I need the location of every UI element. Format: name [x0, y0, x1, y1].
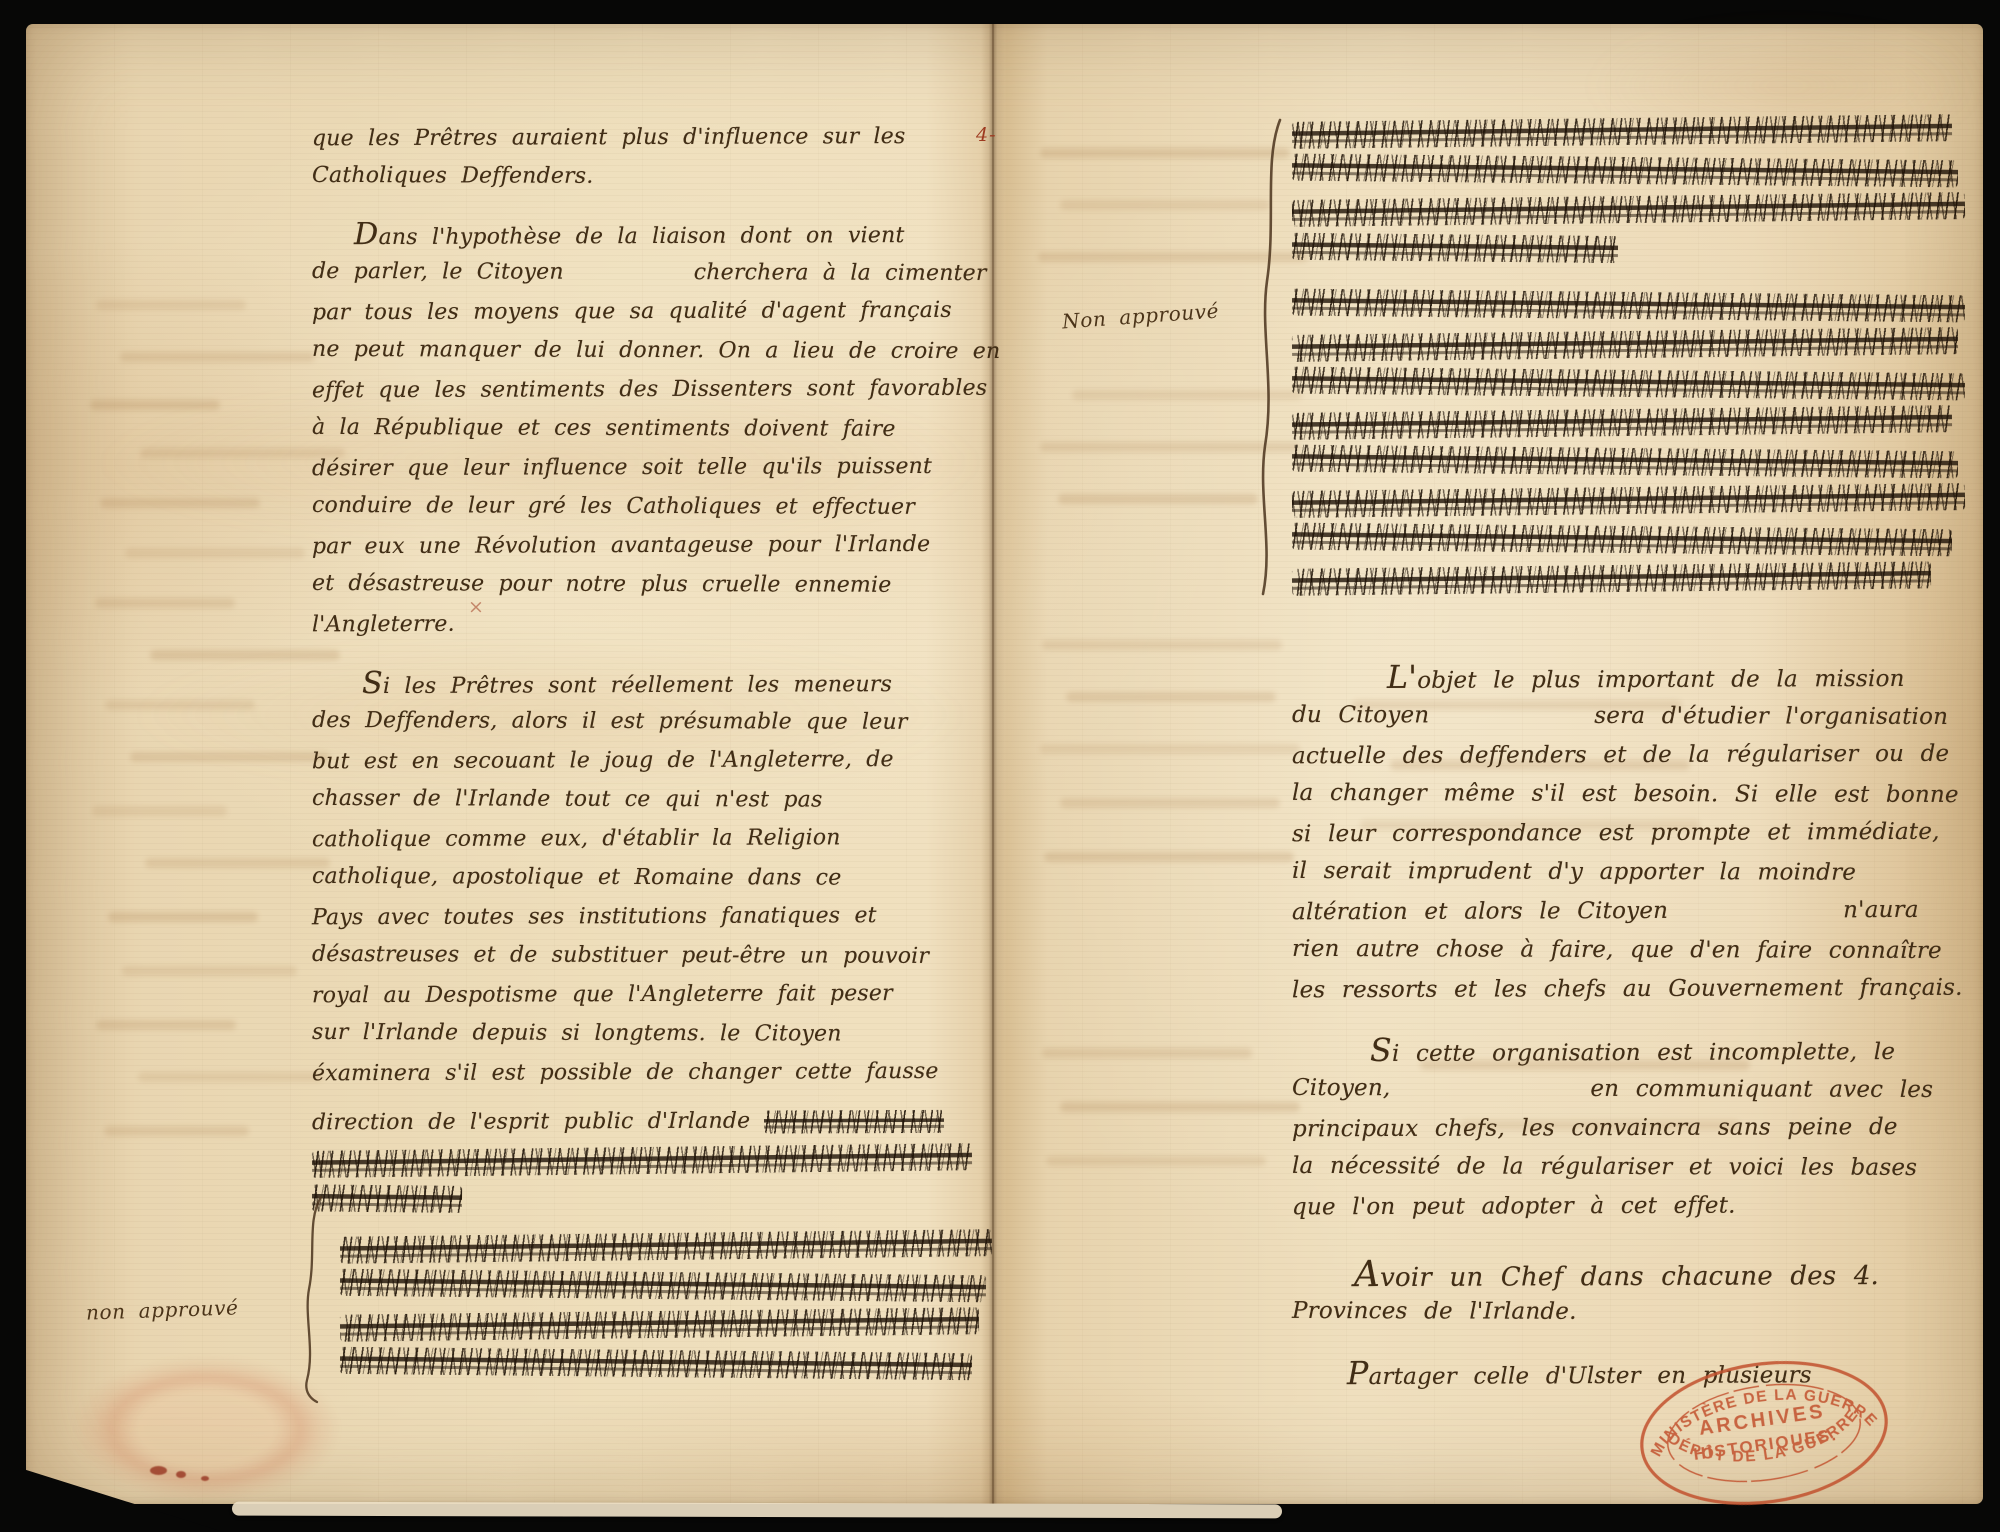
deletion-brace-left — [299, 1194, 325, 1406]
manuscript-line: du Citoyensera d'étudier l'organisation — [1292, 696, 1972, 737]
bleedthrough-smudge — [108, 912, 258, 922]
paragraph: Si cette organisation est incomplette, l… — [1292, 1031, 1972, 1226]
bleedthrough-smudge — [1046, 1156, 1266, 1166]
crossed-out-passage — [1292, 112, 1972, 598]
scribble-strokes — [1292, 114, 1952, 149]
manuscript-line: catholique comme eux, d'établir la Relig… — [312, 818, 992, 860]
ink-speck — [176, 1471, 186, 1478]
scribble-strokes — [1292, 523, 1952, 557]
ink-speck — [201, 1476, 209, 1481]
line-segment: n'aura — [1843, 897, 1919, 923]
bleedthrough-smudge — [138, 1072, 323, 1082]
paragraph: que les Prêtres auraient plus d'influenc… — [312, 118, 992, 196]
struck-illegible-line — [312, 1304, 992, 1346]
struck-illegible-line — [1292, 111, 1972, 153]
manuscript-line: désirer que leur influence soit telle qu… — [312, 447, 992, 489]
bleedthrough-smudge — [96, 300, 246, 310]
bleedthrough-smudge — [92, 806, 227, 816]
scribble-strokes — [340, 1229, 992, 1264]
scribble-strokes — [340, 1269, 986, 1303]
scribble-strokes — [1292, 561, 1931, 595]
crossed-out-passage — [312, 1227, 992, 1383]
manuscript-line: par tous les moyens que sa qualité d'age… — [312, 291, 992, 333]
manuscript-line: effet que les sentiments des Dissenters … — [312, 369, 992, 411]
line-segment: Citoyen, — [1292, 1075, 1390, 1101]
manuscript-line: altération et alors le Citoyenn'aura — [1292, 891, 1972, 933]
paragraph: Avoir un Chef dans chacune des 4.Provinc… — [1292, 1254, 1972, 1332]
manuscript-line: Si cette organisation est incomplette, l… — [1292, 1030, 1972, 1072]
struck-illegible-line — [312, 1343, 992, 1384]
bleedthrough-smudge — [122, 966, 297, 976]
manuscript-line: royal au Despotisme que l'Angleterre fai… — [312, 974, 992, 1016]
struck-illegible-line — [1292, 402, 1972, 444]
bleedthrough-smudge — [1044, 852, 1294, 862]
bleedthrough-smudge — [90, 400, 220, 410]
left-page: que les Prêtres auraient plus d'influenc… — [312, 118, 992, 1383]
struck-illegible-line — [312, 1140, 992, 1182]
bleedthrough-smudge — [125, 548, 305, 558]
line-segment: de parler, le Citoyen — [312, 259, 564, 285]
struck-group-gap — [1292, 268, 1972, 286]
struck-illegible-line — [312, 1265, 992, 1306]
bleedthrough-smudge — [1060, 1102, 1300, 1112]
struck-illegible-line — [1292, 150, 1972, 191]
paragraph: direction de l'esprit public d'Irlande — [312, 1102, 992, 1141]
bleedthrough-smudge — [1066, 692, 1276, 702]
line-segment: sera d'étudier l'organisation — [1594, 703, 1948, 730]
scribble-strokes — [1292, 367, 1965, 401]
struck-illegible-line — [1292, 324, 1972, 366]
manuscript-line: rien autre chose à faire, que d'en faire… — [1292, 930, 1972, 971]
manuscript-line: désastreuses et de substituer peut-être … — [312, 935, 992, 976]
manuscript-line: la changer même s'il est besoin. Si elle… — [1292, 774, 1972, 815]
manuscript-line: Pays avec toutes ses institutions fanati… — [312, 896, 992, 938]
paragraph: Si les Prêtres sont réellement les meneu… — [312, 663, 992, 1092]
manuscript-line: chasser de l'Irlande tout ce qui n'est p… — [312, 779, 992, 820]
blank-name-space — [1429, 722, 1594, 723]
margin-note-non-approuve-right: Non approuvé — [1061, 299, 1219, 334]
struck-illegible-line — [1292, 558, 1972, 600]
struck-illegible-line — [1292, 519, 1972, 560]
manuscript-line: les ressorts et les chefs au Gouvernemen… — [1292, 969, 1972, 1011]
scribble-strokes — [312, 1143, 972, 1178]
struck-illegible-line — [1292, 285, 1972, 326]
scribble-strokes — [312, 1184, 462, 1213]
struck-illegible-line — [1292, 189, 1972, 231]
scribble-strokes — [340, 1307, 979, 1341]
bleedthrough-smudge — [1040, 744, 1300, 754]
manuscript-line: Catholiques Deffenders. — [312, 156, 992, 197]
manuscript-line: Provinces de l'Irlande. — [1292, 1292, 1972, 1333]
bleedthrough-smudge — [1058, 494, 1258, 504]
deletion-brace-right — [1254, 116, 1284, 601]
manuscript-line: principaux chefs, les convaincra sans pe… — [1292, 1108, 1972, 1150]
manuscript-line: but est en secouant le joug de l'Anglete… — [312, 740, 992, 782]
bleedthrough-smudge — [1060, 798, 1280, 808]
manuscript-line: direction de l'esprit public d'Irlande — [312, 1101, 992, 1143]
ink-speck — [150, 1466, 167, 1475]
paragraph: Dans l'hypothèse de la liaison dont on v… — [312, 214, 992, 643]
scribble-strokes — [1292, 405, 1952, 440]
manuscript-line: il serait imprudent d'y apporter la moin… — [1292, 852, 1972, 893]
manuscript-line: que l'on peut adopter à cet effet. — [1292, 1186, 1972, 1228]
manuscript-line: Si les Prêtres sont réellement les meneu… — [312, 662, 992, 704]
bleedthrough-smudge — [95, 598, 235, 608]
bleedthrough-smudge — [1060, 200, 1270, 210]
manuscript-line: Dans l'hypothèse de la liaison dont on v… — [312, 213, 992, 255]
bleedthrough-smudge — [96, 1020, 236, 1030]
scribble-strokes — [1292, 445, 1959, 479]
bleedthrough-smudge — [1042, 1048, 1252, 1058]
struck-illegible-line — [1292, 480, 1972, 522]
line-segment: du Citoyen — [1292, 702, 1429, 728]
manuscript-line: de parler, le Citoyencherchera à la cime… — [312, 252, 992, 293]
bleedthrough-smudge — [120, 352, 315, 362]
scribble-strokes — [1292, 327, 1959, 362]
manuscript-content: × 4- que les Prêtres auraient plus d'inf… — [0, 0, 2000, 1532]
scribble-strokes — [1292, 154, 1959, 188]
manuscript-line: que les Prêtres auraient plus d'influenc… — [312, 117, 992, 159]
bleedthrough-smudge — [1042, 640, 1282, 650]
struck-illegible-line — [1292, 441, 1972, 482]
bleedthrough-smudge — [145, 858, 330, 868]
line-segment: cherchera à la cimenter — [694, 260, 987, 286]
manuscript-line: l'Angleterre. — [312, 603, 992, 645]
scribble-strokes — [764, 1110, 944, 1134]
line-segment: altération et alors le Citoyen — [1292, 898, 1668, 925]
manuscript-line: L'objet le plus important de la mission — [1292, 657, 1972, 699]
scribble-strokes — [1292, 289, 1965, 323]
manuscript-line: par eux une Révolution avantageuse pour … — [312, 525, 992, 567]
bleedthrough-smudge — [100, 498, 260, 508]
scribble-strokes — [1292, 233, 1619, 263]
scribble-strokes — [1292, 483, 1965, 518]
manuscript-line: ne peut manquer de lui donner. On a lieu… — [312, 330, 992, 371]
paragraph: L'objet le plus important de la missiond… — [1292, 658, 1972, 1009]
bleedthrough-smudge — [105, 700, 255, 710]
blank-name-space — [1668, 917, 1843, 918]
manuscript-line: la nécessité de la régulariser et voici … — [1292, 1147, 1972, 1188]
margin-note-non-approuve-left: non approuvé — [86, 1295, 239, 1324]
manuscript-line: sur l'Irlande depuis si longtems. le Cit… — [312, 1013, 992, 1054]
page-edge-below — [232, 1502, 1282, 1519]
right-page: L'objet le plus important de la missiond… — [1292, 112, 1972, 1393]
manuscript-line: des Deffenders, alors il est présumable … — [312, 701, 992, 742]
torn-corner — [20, 1468, 230, 1532]
scribble-strokes — [1292, 192, 1965, 227]
manuscript-line: actuelle des deffenders et de la régular… — [1292, 735, 1972, 777]
blank-name-space — [1390, 1095, 1590, 1096]
manuscript-line: conduire de leur gré les Catholiques et … — [312, 486, 992, 527]
manuscript-line: catholique, apostolique et Romaine dans … — [312, 857, 992, 898]
bleedthrough-smudge — [104, 1126, 249, 1136]
scribble-strokes — [340, 1347, 973, 1380]
line-segment: en communiquant avec les — [1590, 1076, 1933, 1103]
struck-illegible-line — [1292, 363, 1972, 404]
manuscript-line: à la République et ces sentiments doiven… — [312, 408, 992, 449]
bleedthrough-smudge — [130, 752, 330, 762]
manuscript-line: Citoyen,en communiquant avec les — [1292, 1069, 1972, 1110]
crossed-out-passage — [312, 1141, 992, 1219]
manuscript-line: Avoir un Chef dans chacune des 4. — [1292, 1253, 1972, 1295]
struck-illegible-line — [1292, 228, 1972, 269]
manuscript-line: et désastreuse pour notre plus cruelle e… — [312, 564, 992, 605]
struck-illegible-line — [312, 1179, 992, 1220]
scan-background: × 4- que les Prêtres auraient plus d'inf… — [0, 0, 2000, 1532]
manuscript-line: si leur correspondance est prompte et im… — [1292, 813, 1972, 855]
manuscript-line: éxaminera s'il est possible de changer c… — [312, 1052, 992, 1094]
struck-illegible-line — [312, 1226, 992, 1268]
bleedthrough-smudge — [1040, 148, 1290, 158]
